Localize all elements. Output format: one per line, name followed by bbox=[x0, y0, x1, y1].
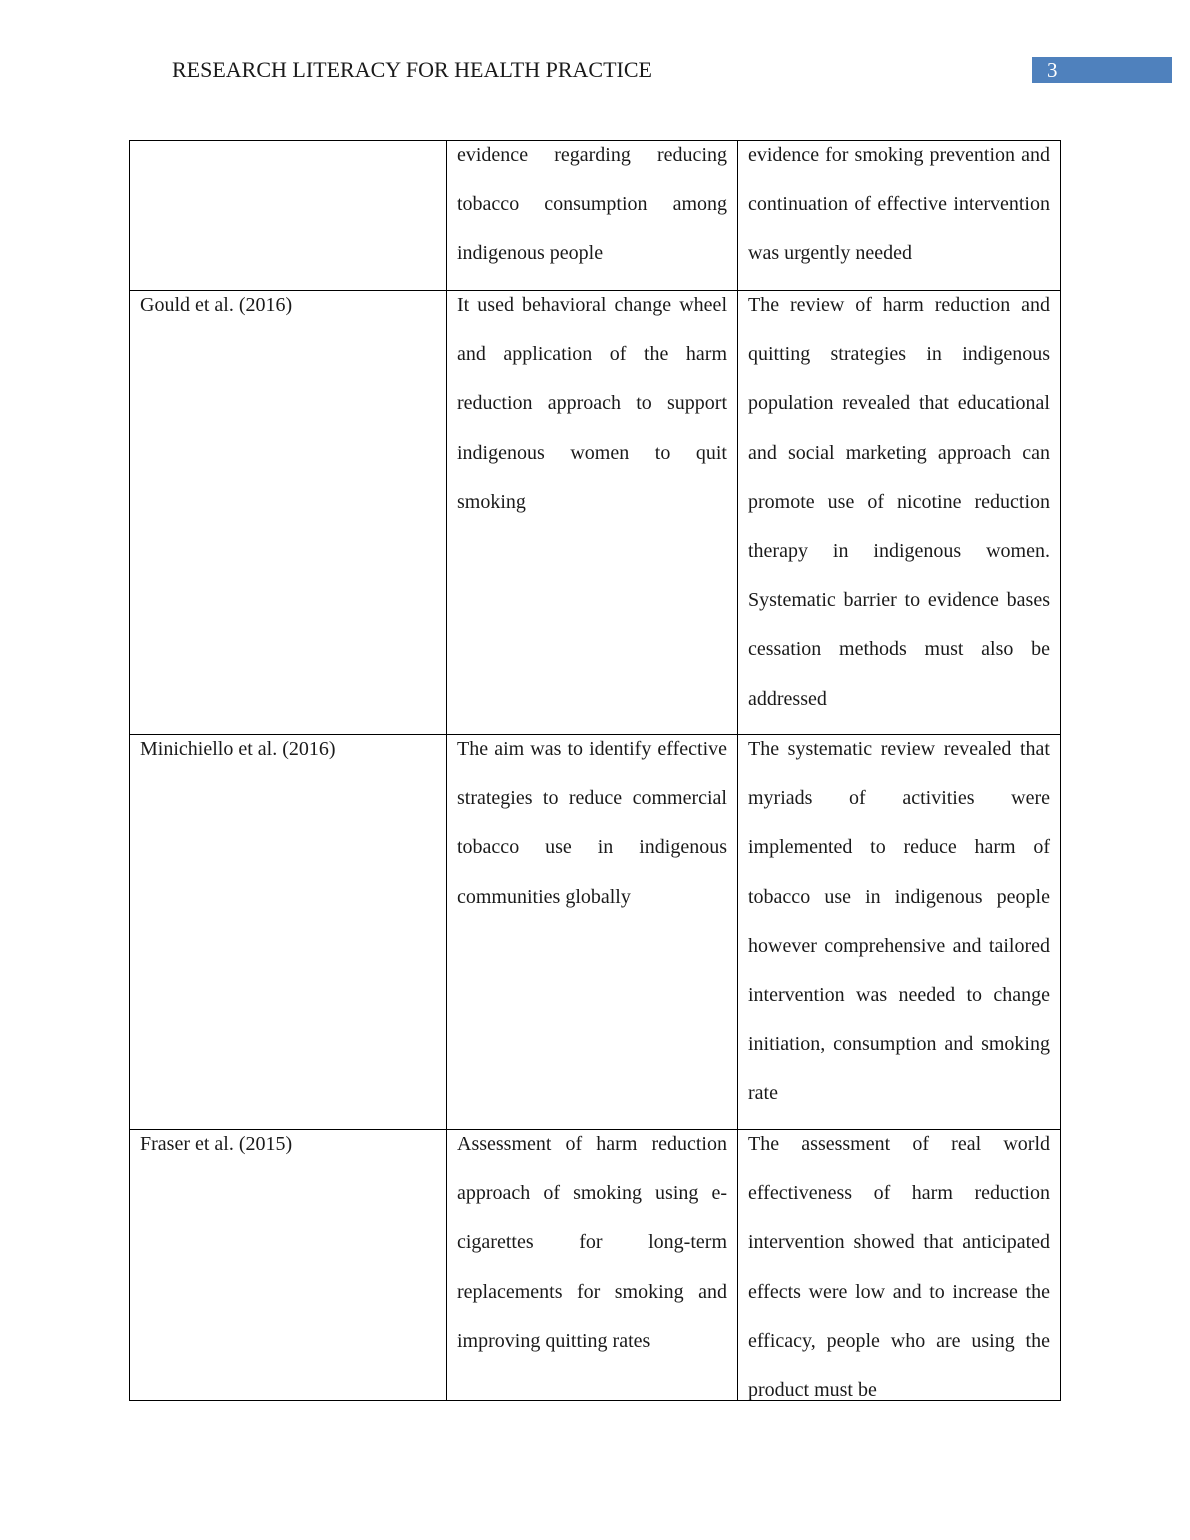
author-cell bbox=[130, 141, 447, 291]
table-row: Fraser et al. (2015) Assessment of harm … bbox=[130, 1130, 1061, 1401]
findings-cell: The assessment of real world effectivene… bbox=[738, 1130, 1061, 1401]
page-number: 3 bbox=[1047, 58, 1058, 83]
findings-cell: The systematic review revealed that myri… bbox=[738, 735, 1061, 1130]
aim-cell: Assessment of harm reduction approach of… bbox=[447, 1130, 738, 1401]
table-row: evidence regarding reducing tobacco cons… bbox=[130, 141, 1061, 291]
aim-cell: It used behavioral change wheel and appl… bbox=[447, 291, 738, 735]
aim-cell: The aim was to identify effective strate… bbox=[447, 735, 738, 1130]
running-header-title: RESEARCH LITERACY FOR HEALTH PRACTICE bbox=[172, 57, 652, 83]
author-cell: Fraser et al. (2015) bbox=[130, 1130, 447, 1401]
author-cell: Gould et al. (2016) bbox=[130, 291, 447, 735]
author-cell: Minichiello et al. (2016) bbox=[130, 735, 447, 1130]
literature-review-table: evidence regarding reducing tobacco cons… bbox=[129, 140, 1061, 1401]
aim-cell: evidence regarding reducing tobacco cons… bbox=[447, 141, 738, 291]
page-number-box: 3 bbox=[1032, 57, 1172, 83]
table-row: Minichiello et al. (2016) The aim was to… bbox=[130, 735, 1061, 1130]
table-row: Gould et al. (2016) It used behavioral c… bbox=[130, 291, 1061, 735]
findings-cell: evidence for smoking prevention and cont… bbox=[738, 141, 1061, 291]
findings-cell: The review of harm reduction and quittin… bbox=[738, 291, 1061, 735]
